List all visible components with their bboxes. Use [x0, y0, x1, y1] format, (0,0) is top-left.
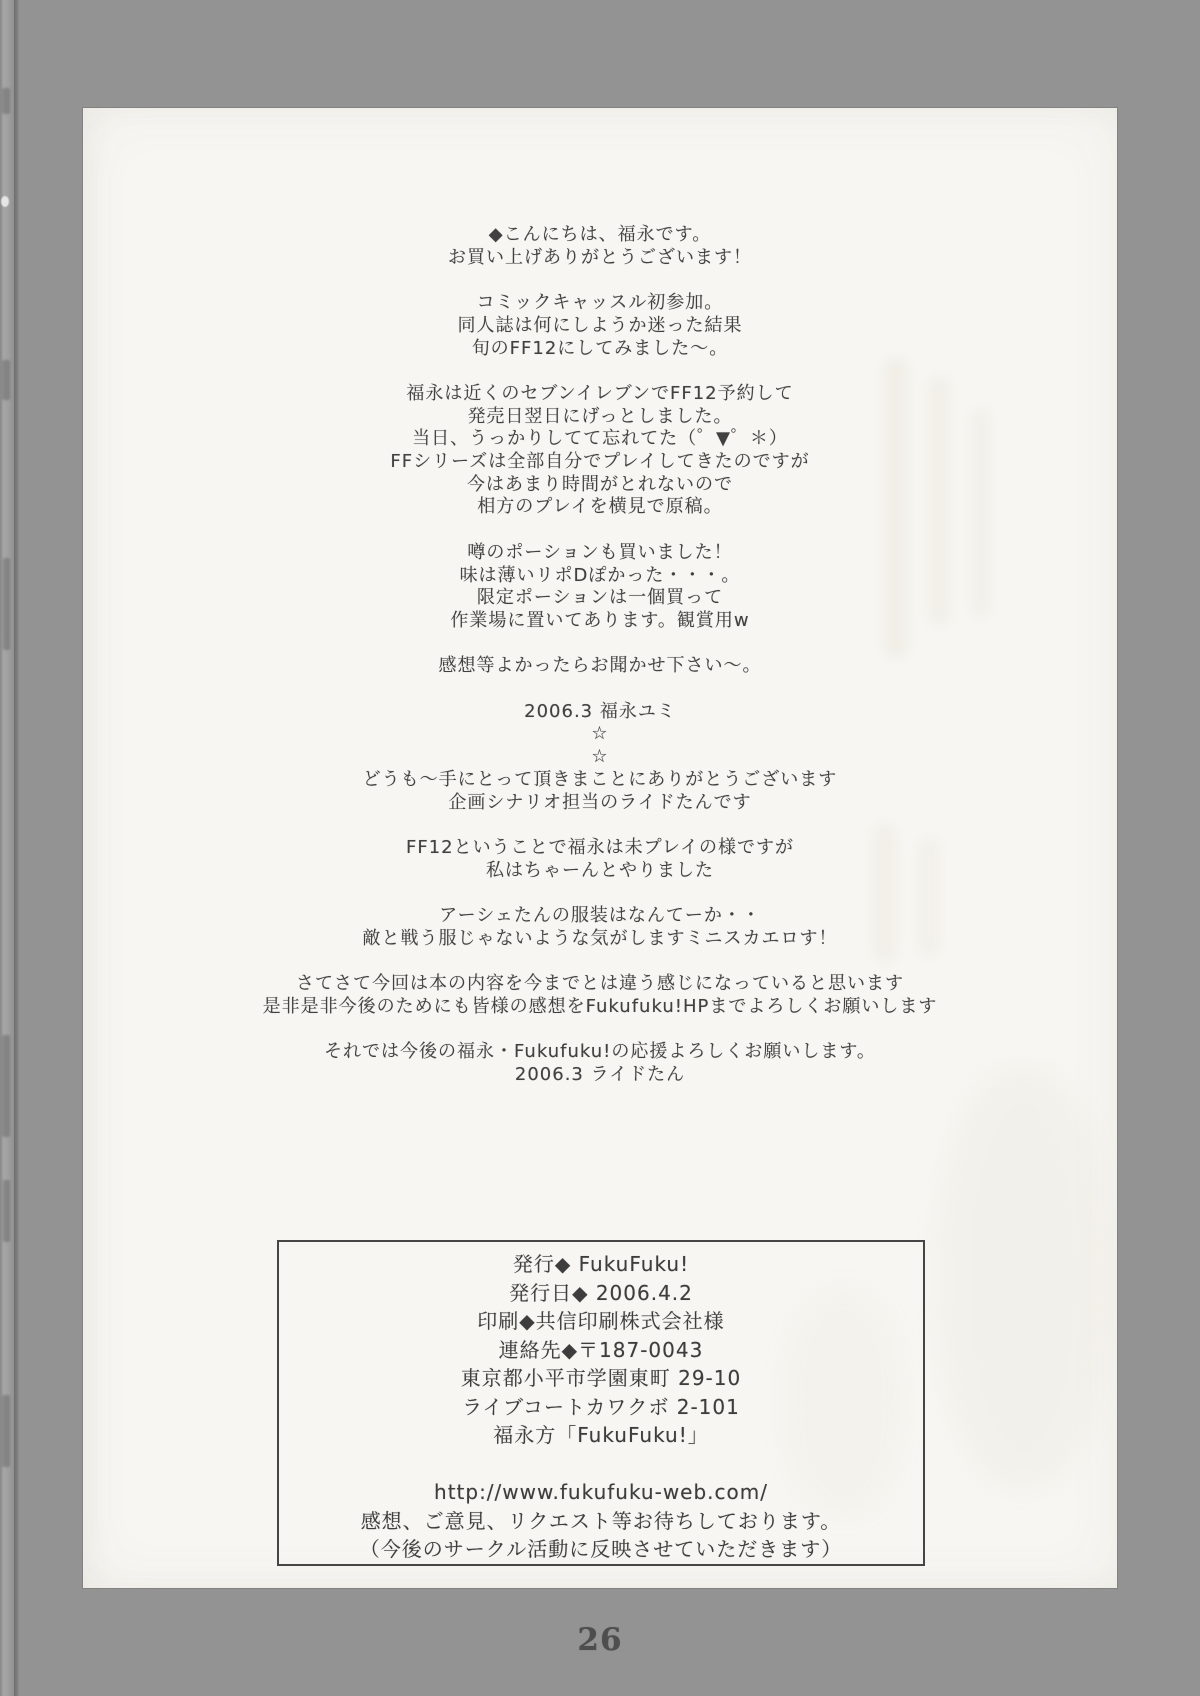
colophon-line: ライブコートカワクボ 2-101	[279, 1393, 923, 1422]
afterword-line: 是非是非今後のためにも皆様の感想をFukufuku!HPまでよろしくお願いします	[83, 996, 1117, 1019]
afterword-line: 感想等よかったらお聞かせ下さい～。	[83, 655, 1117, 678]
afterword-line: 敵と戦う服じゃないような気がしますミニスカエロす！	[83, 928, 1117, 951]
afterword-line: 企画シナリオ担当のライドたんです	[83, 792, 1117, 815]
colophon-line: （今後のサークル活動に反映させていただきます）	[279, 1535, 923, 1564]
afterword-line: ☆	[83, 723, 1117, 746]
afterword-line: 福永は近くのセブンイレブンでFF12予約して	[83, 383, 1117, 406]
edge-scan-mark	[3, 558, 10, 650]
colophon-line: 印刷◆共信印刷株式会社様	[279, 1307, 923, 1336]
scanned-doujinshi-page: ◆こんにちは、福永です。お買い上げありがとうございます！ コミックキャッスル初参…	[0, 0, 1200, 1696]
edge-scan-mark	[2, 88, 10, 114]
afterword-text: ◆こんにちは、福永です。お買い上げありがとうございます！ コミックキャッスル初参…	[83, 224, 1117, 1087]
edge-scan-mark	[2, 360, 10, 400]
page-number: 26	[0, 1622, 1200, 1658]
afterword-line: 味は薄いリポDぽかった・・・。	[83, 565, 1117, 588]
afterword-line: それでは今後の福永・Fukufuku!の応援よろしくお願いします。	[83, 1041, 1117, 1064]
afterword-line	[83, 882, 1117, 905]
afterword-line: 相方のプレイを横見で原稿。	[83, 496, 1117, 519]
colophon-line: 発行◆ FukuFuku!	[279, 1250, 923, 1279]
book-edge-strip	[0, 0, 15, 1696]
colophon-line: 感想、ご意見、リクエスト等お待ちしております。	[279, 1507, 923, 1536]
afterword-line: 作業場に置いてあります。観賞用w	[83, 610, 1117, 633]
ghost-bleedthrough-figure	[938, 1068, 1108, 1488]
afterword-line: 私はちゃーんとやりました	[83, 860, 1117, 883]
colophon-line: 東京都小平市学園東町 29-10	[279, 1364, 923, 1393]
afterword-line	[83, 519, 1117, 542]
afterword-line: さてさて今回は本の内容を今までとは違う感じになっていると思います	[83, 973, 1117, 996]
colophon-line: 福永方「FukuFuku!」	[279, 1421, 923, 1450]
afterword-line	[83, 814, 1117, 837]
afterword-line: 同人誌は何にしようか迷った結果	[83, 315, 1117, 338]
edge-scan-mark	[2, 1035, 10, 1137]
afterword-line: ☆	[83, 746, 1117, 769]
edge-scan-speck	[1, 196, 9, 207]
afterword-line: 噂のポーションも買いました！	[83, 542, 1117, 565]
afterword-line: どうも～手にとって頂きまことにありがとうございます	[83, 769, 1117, 792]
afterword-line	[83, 360, 1117, 383]
edge-scan-mark	[3, 1180, 10, 1242]
afterword-line: 当日、うっかりしてて忘れてた（゜▼゜＊）	[83, 428, 1117, 451]
afterword-line: 2006.3 ライドたん	[83, 1064, 1117, 1087]
edge-scan-mark	[2, 1395, 10, 1467]
afterword-line	[83, 269, 1117, 292]
colophon-line: http://www.fukufuku-web.com/	[279, 1478, 923, 1507]
afterword-line: コミックキャッスル初参加。	[83, 292, 1117, 315]
afterword-line: 今はあまり時間がとれないので	[83, 474, 1117, 497]
afterword-line	[83, 1019, 1117, 1042]
afterword-line: ◆こんにちは、福永です。	[83, 224, 1117, 247]
colophon-line: 連絡先◆〒187-0043	[279, 1336, 923, 1365]
afterword-line	[83, 951, 1117, 974]
afterword-line	[83, 633, 1117, 656]
afterword-line: 旬のFF12にしてみました～。	[83, 338, 1117, 361]
scan-page: ◆こんにちは、福永です。お買い上げありがとうございます！ コミックキャッスル初参…	[83, 108, 1117, 1588]
colophon-line	[279, 1450, 923, 1479]
book-gutter-seam	[14, 0, 19, 1696]
afterword-line: FFシリーズは全部自分でプレイしてきたのですが	[83, 451, 1117, 474]
afterword-line: 2006.3 福永ユミ	[83, 701, 1117, 724]
afterword-line: FF12ということで福永は未プレイの様ですが	[83, 837, 1117, 860]
colophon-line: 発行日◆ 2006.4.2	[279, 1279, 923, 1308]
afterword-line: アーシェたんの服装はなんてーか・・	[83, 905, 1117, 928]
afterword-line	[83, 678, 1117, 701]
afterword-line: お買い上げありがとうございます！	[83, 247, 1117, 270]
colophon-box: 発行◆ FukuFuku!発行日◆ 2006.4.2印刷◆共信印刷株式会社様連絡…	[277, 1240, 925, 1566]
afterword-line: 発売日翌日にげっとしました。	[83, 406, 1117, 429]
afterword-line: 限定ポーションは一個買って	[83, 587, 1117, 610]
